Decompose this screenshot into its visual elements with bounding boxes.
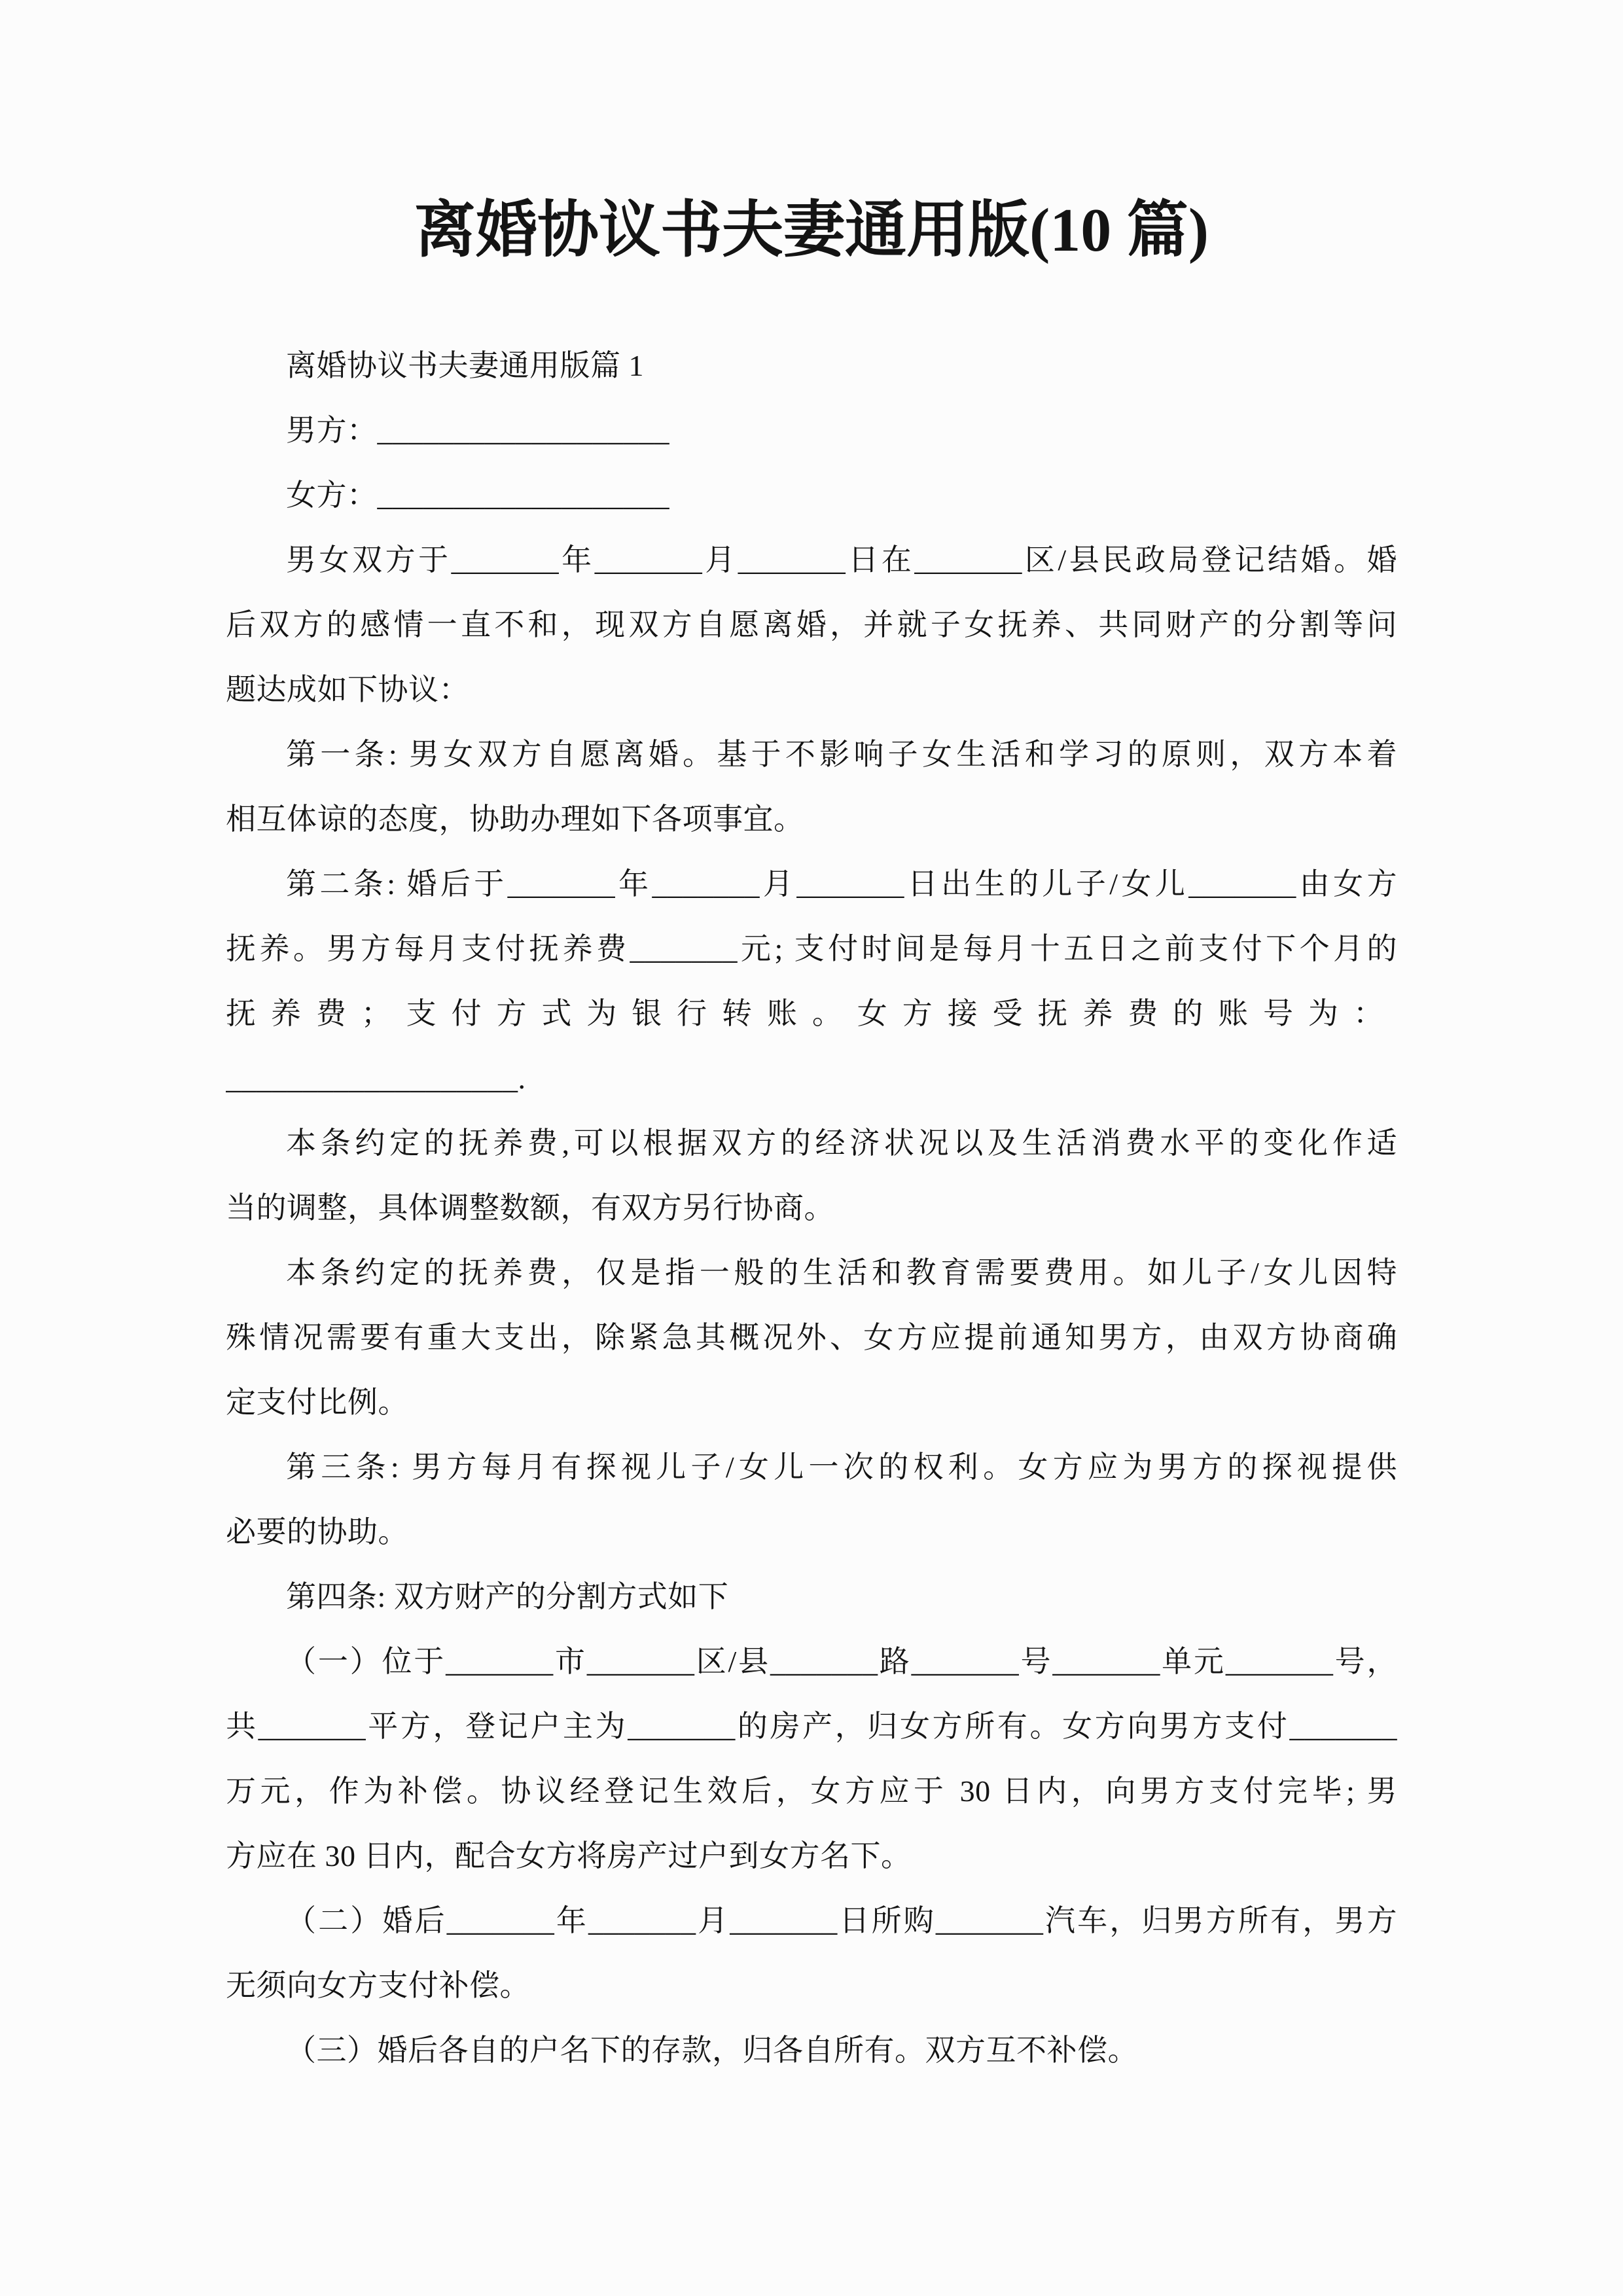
male-party-line: 男方：___________________ bbox=[226, 398, 1397, 463]
clause-2-line: 第二条: 婚后于_______年_______月_______日出生的儿子/女儿… bbox=[226, 852, 1397, 916]
text-line: 万元，作为补偿。协议经登记生效后，女方应于 30 日内，向男方支付完毕; 男 bbox=[226, 1759, 1397, 1823]
female-party-line: 女方：___________________ bbox=[226, 463, 1397, 528]
text-line: 后双方的感情一直不和，现双方自愿离婚，并就子女抚养、共同财产的分割等问 bbox=[226, 592, 1397, 657]
clause-3-line: 第三条: 男方每月有探视儿子/女儿一次的权利。女方应为男方的探视提供 bbox=[226, 1435, 1397, 1499]
document-page: 离婚协议书夫妻通用版(10 篇) 离婚协议书夫妻通用版篇 1 男方：______… bbox=[0, 0, 1623, 2296]
document-title: 离婚协议书夫妻通用版(10 篇) bbox=[0, 195, 1623, 266]
subtitle-line: 离婚协议书夫妻通用版篇 1 bbox=[226, 333, 1397, 398]
text-line: 抚养。男方每月支付抚养费_______元; 支付时间是每月十五日之前支付下个月的 bbox=[226, 916, 1397, 981]
blank-fill-line: ___________________. bbox=[226, 1046, 1397, 1111]
clause-1-line: 第一条: 男女双方自愿离婚。基于不影响子女生活和学习的原则，双方本着 bbox=[226, 722, 1397, 787]
text-line: 本条约定的抚养费,可以根据双方的经济状况以及生活消费水平的变化作适 bbox=[226, 1111, 1397, 1175]
text-line: 必要的协助。 bbox=[226, 1499, 1397, 1564]
text-line: 男女双方于_______年_______月_______日在_______区/县… bbox=[226, 528, 1397, 592]
item-1-line: （一）位于_______市_______区/县_______路_______号_… bbox=[226, 1629, 1397, 1694]
item-3-line: （三）婚后各自的户名下的存款，归各自所有。双方互不补偿。 bbox=[226, 2018, 1397, 2083]
text-line: 无须向女方支付补偿。 bbox=[226, 1953, 1397, 2018]
text-line: 抚养费；支付方式为银行转账。女方接受抚养费的账号为： bbox=[226, 981, 1397, 1046]
text-line: 相互体谅的态度，协助办理如下各项事宜。 bbox=[226, 787, 1397, 852]
item-2-line: （二）婚后_______年_______月_______日所购_______汽车… bbox=[226, 1888, 1397, 1953]
text-line: 方应在 30 日内，配合女方将房产过户到女方名下。 bbox=[226, 1823, 1397, 1888]
text-line: 共_______平方，登记户主为_______的房产，归女方所有。女方向男方支付… bbox=[226, 1694, 1397, 1759]
text-line: 本条约定的抚养费，仅是指一般的生活和教育需要费用。如儿子/女儿因特 bbox=[226, 1240, 1397, 1305]
text-line: 题达成如下协议： bbox=[226, 657, 1397, 722]
text-line: 当的调整，具体调整数额，有双方另行协商。 bbox=[226, 1175, 1397, 1240]
document-body: 离婚协议书夫妻通用版篇 1 男方：___________________ 女方：… bbox=[226, 333, 1397, 2083]
clause-4-line: 第四条: 双方财产的分割方式如下 bbox=[226, 1564, 1397, 1629]
text-line: 定支付比例。 bbox=[226, 1370, 1397, 1435]
text-line: 殊情况需要有重大支出，除紧急其概况外、女方应提前通知男方，由双方协商确 bbox=[226, 1305, 1397, 1370]
